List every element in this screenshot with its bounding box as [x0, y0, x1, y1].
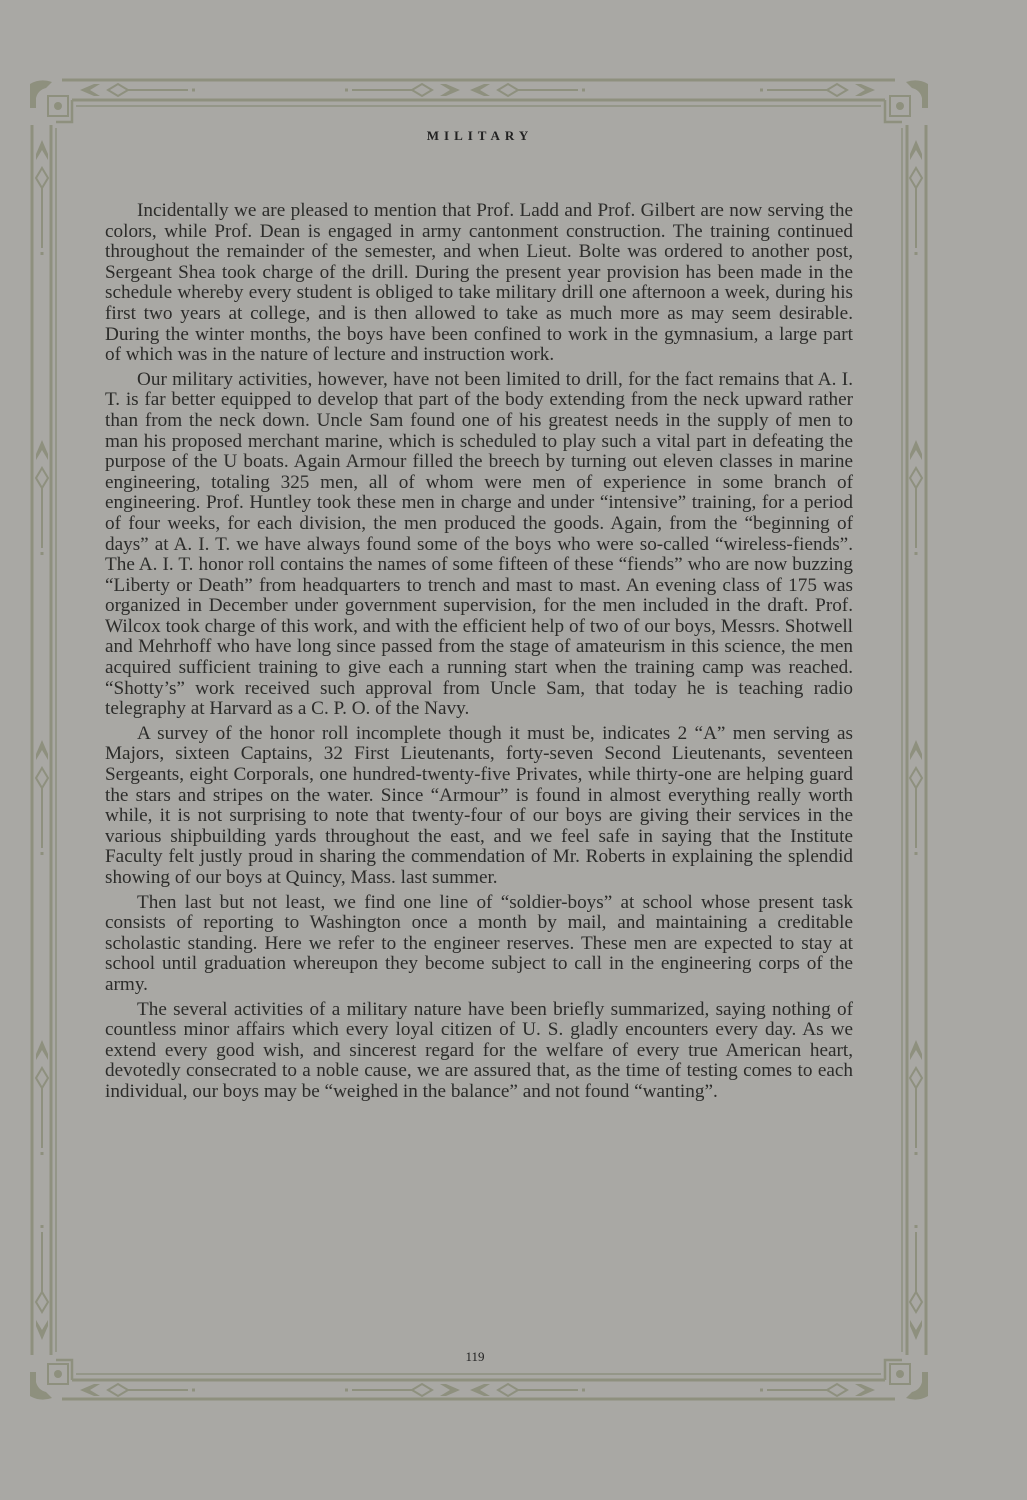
paragraph: The several activities of a military nat… [105, 1000, 853, 1103]
paragraph: A survey of the honor roll incomplete th… [105, 724, 853, 889]
corner-rosette-icon [30, 80, 68, 116]
paragraph: Our military activities, however, have n… [105, 370, 853, 720]
paragraph: Incidentally we are pleased to mention t… [105, 201, 853, 366]
page-number: 119 [0, 1349, 950, 1365]
paragraph: Then last but not least, we find one lin… [105, 893, 853, 996]
article-body: Incidentally we are pleased to mention t… [105, 201, 853, 1107]
running-head: MILITARY [0, 128, 960, 144]
